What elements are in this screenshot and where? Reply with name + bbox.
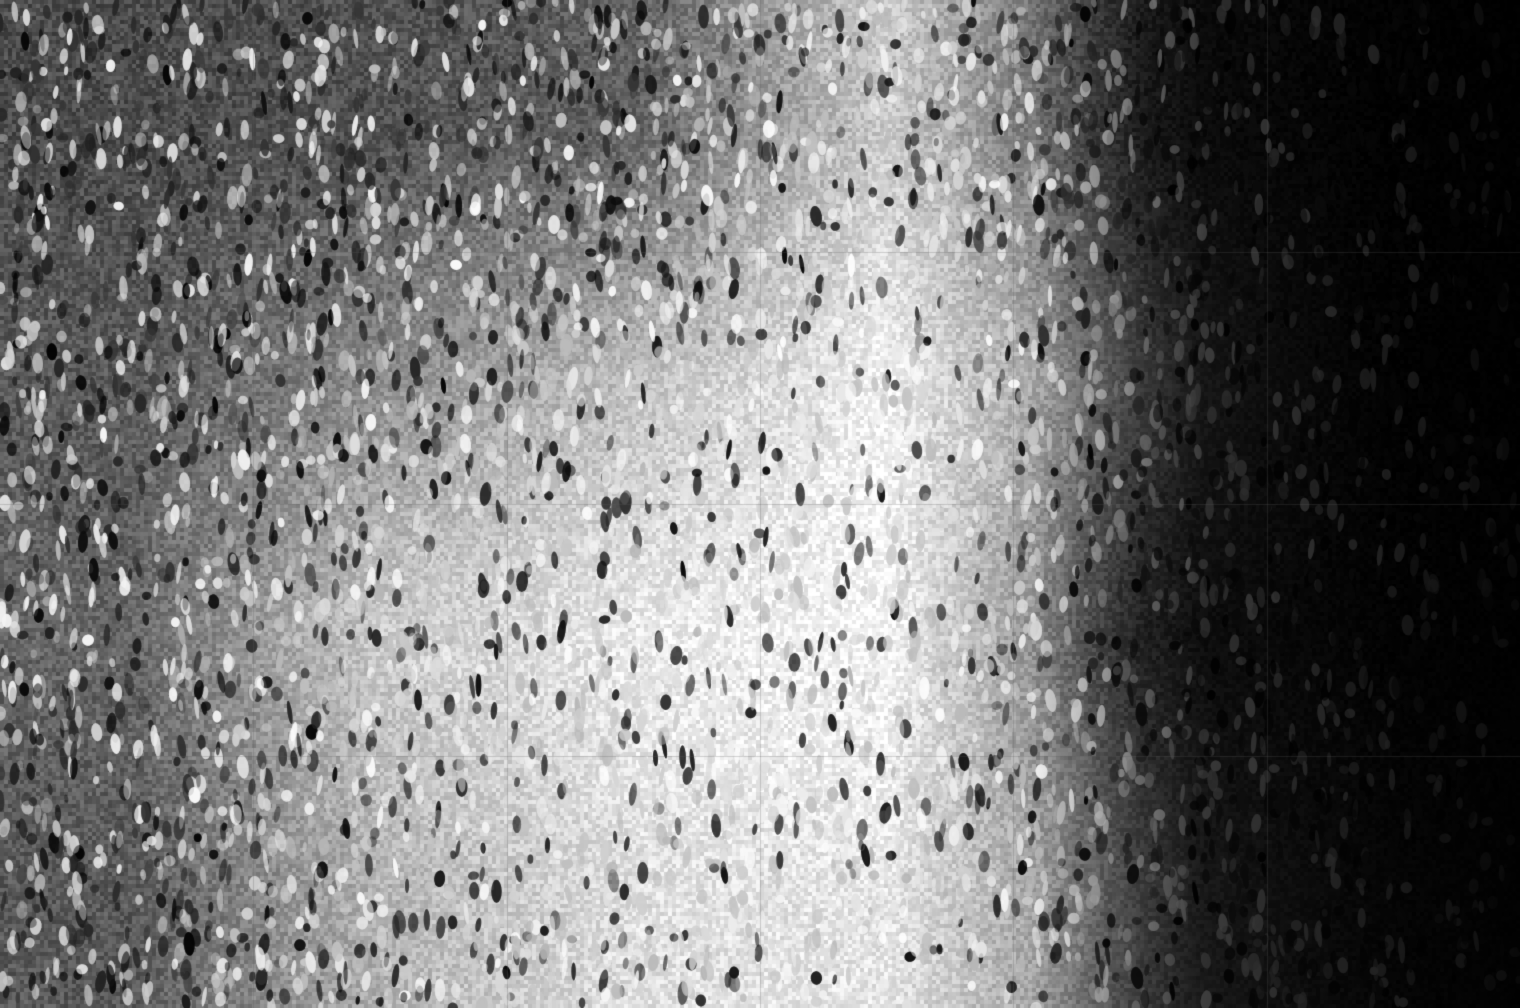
- image-canvas: [0, 0, 1520, 1008]
- tiled-grayscale-image: [0, 0, 1520, 1008]
